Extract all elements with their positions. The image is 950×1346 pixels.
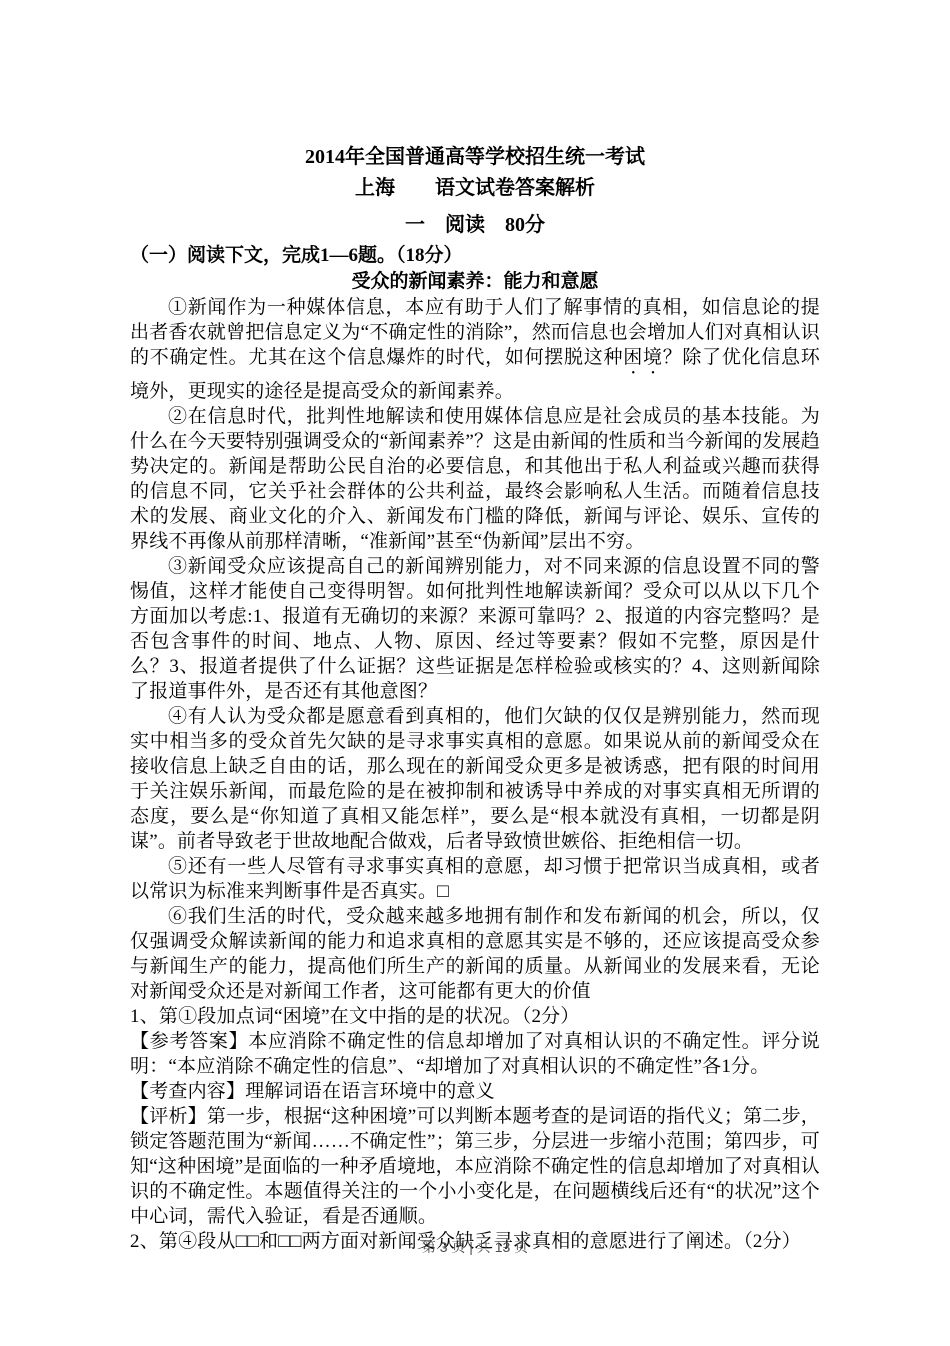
question-1-tested-content: 【考查内容】理解词语在语言环境中的意义 <box>130 1079 820 1104</box>
article-paragraph-4: ④有人认为受众都是愿意看到真相的，他们欠缺的仅仅是辨别能力，然而现实中相当多的受… <box>130 704 820 854</box>
section-heading: 一 阅读 80分 <box>130 212 820 238</box>
question-1-reference-answer: 【参考答案】本应消除不确定性的信息却增加了对真相认识的不确定性。评分说明：“本应… <box>130 1029 820 1079</box>
exam-title: 2014年全国普通高等学校招生统一考试 <box>130 144 820 170</box>
exam-subtitle: 上海 语文试卷答案解析 <box>130 175 820 201</box>
part-heading: （一）阅读下文，完成1—6题。（18分） <box>130 243 820 269</box>
paragraph-1-emphasized-word: 困境 <box>623 347 662 368</box>
question-1: 1、第①段加点词“困境”在文中指的是的状况。（2分） <box>130 1004 820 1029</box>
page-content: 2014年全国普通高等学校招生统一考试 上海 语文试卷答案解析 一 阅读 80分… <box>130 144 820 1254</box>
exam-answer-sheet-page: 2014年全国普通高等学校招生统一考试 上海 语文试卷答案解析 一 阅读 80分… <box>0 0 950 1346</box>
article-paragraph-5: ⑤还有一些人尽管有寻求事实真相的意愿，却习惯于把常识当成真相，或者以常识为标准来… <box>130 854 820 904</box>
article-paragraph-2: ②在信息时代，批判性地解读和使用媒体信息应是社会成员的基本技能。为什么在今天要特… <box>130 404 820 554</box>
article-paragraph-3: ③新闻受众应该提高自己的新闻辨别能力，对不同来源的信息设置不同的警惕值，这样才能… <box>130 554 820 704</box>
article-paragraph-1: ①新闻作为一种媒体信息，本应有助于人们了解事情的真相，如信息论的提出者香农就曾把… <box>130 295 820 404</box>
article-title: 受众的新闻素养：能力和意愿 <box>130 269 820 295</box>
article-paragraph-6: ⑥我们生活的时代，受众越来越多地拥有制作和发布新闻的机会，所以，仅仅强调受众解读… <box>130 904 820 1004</box>
page-number-footer: 第 3 页 | 共 13 页 <box>0 1237 950 1257</box>
question-1-analysis: 【评析】第一步，根据“这种困境”可以判断本题考查的是词语的指代义；第二步，锁定答… <box>130 1104 820 1229</box>
